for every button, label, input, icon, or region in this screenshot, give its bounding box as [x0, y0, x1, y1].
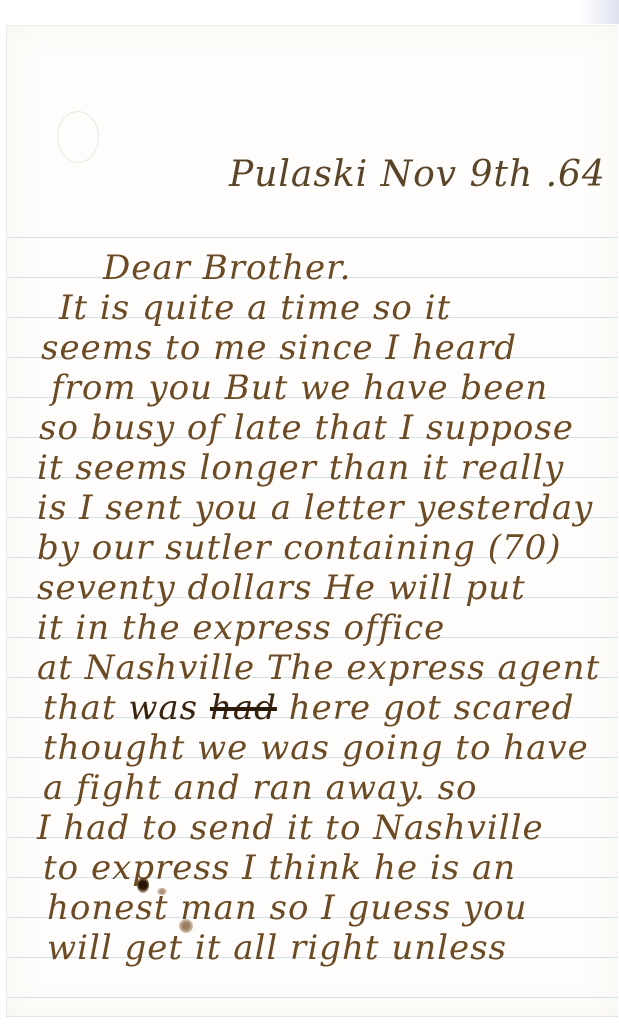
letter-line: at Nashville The express agent [37, 648, 600, 688]
letter-line: it in the express office [37, 608, 445, 648]
struck-out-word: had [210, 688, 277, 728]
ink-blot [157, 888, 167, 895]
scan-edge-shadow [579, 0, 619, 24]
letter-line-with-correction: that was had here got scared [43, 688, 575, 728]
scanned-letter: Pulaski Nov 9th .64 Dear Brother. It is … [0, 0, 619, 1024]
ink-blot [179, 919, 193, 933]
letter-line: by our sutler containing (70) [37, 528, 562, 568]
letter-line: honest man so I guess you [47, 888, 528, 928]
embossed-stamp-mark [57, 111, 99, 163]
letter-line: it seems longer than it really [37, 448, 564, 488]
letter-line: It is quite a time so it [59, 288, 451, 328]
ruled-line [7, 237, 618, 238]
letter-line: to express I think he is an [43, 848, 516, 888]
letter-dateline: Pulaski Nov 9th .64 [229, 154, 606, 195]
letter-line: will get it all right unless [47, 928, 507, 968]
letter-line: a fight and ran away. so [43, 768, 478, 808]
letter-line: so busy of late that I suppose [39, 408, 574, 448]
ink-blot [137, 877, 149, 893]
letter-line: is I sent you a letter yesterday [37, 488, 593, 528]
letter-line: from you But we have been [51, 368, 548, 408]
letter-salutation: Dear Brother. [103, 248, 351, 288]
letter-text: here got scared [277, 688, 575, 728]
letter-text: that [43, 688, 128, 728]
letter-line: seems to me since I heard [41, 328, 517, 368]
ruled-line [7, 997, 618, 998]
letter-line: seventy dollars He will put [37, 568, 526, 608]
letter-line: I had to send it to Nashville [37, 808, 544, 848]
letter-line: thought we was going to have [43, 728, 589, 768]
letter-page: Pulaski Nov 9th .64 Dear Brother. It is … [6, 25, 618, 1017]
inserted-word: was [128, 688, 198, 728]
